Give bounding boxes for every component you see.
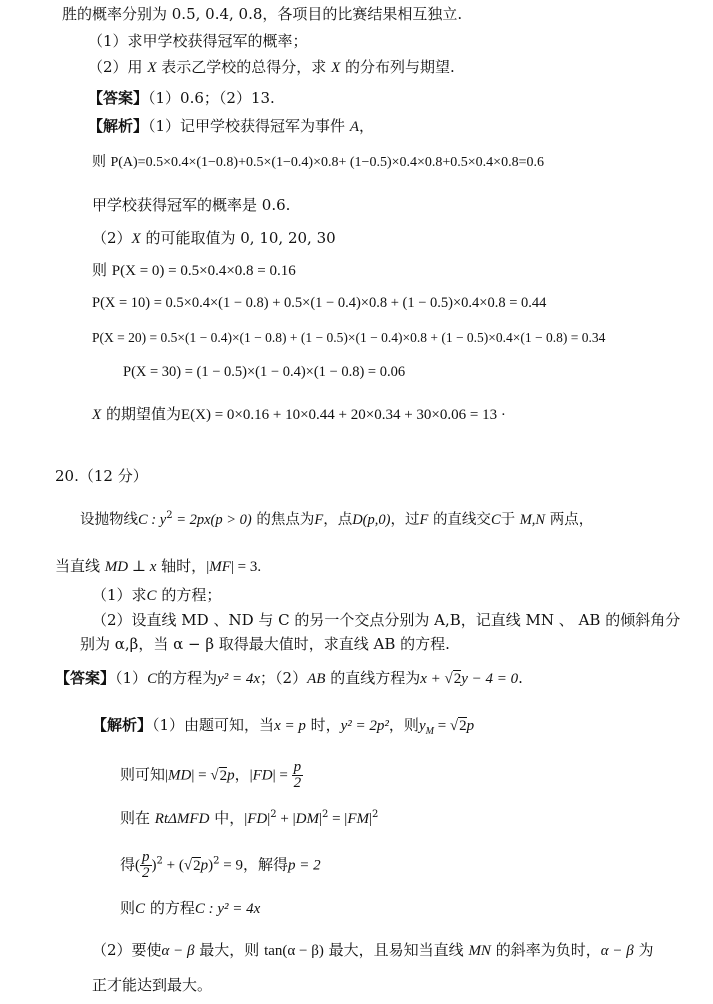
q19-p0: 则 P(X = 0) = 0.5×0.4×0.8 = 0.16 [92, 260, 296, 281]
formula: = [194, 768, 210, 784]
text: 的期望值为 [106, 405, 181, 423]
analysis-label: 【解析】 [92, 716, 152, 734]
text: 的分布列与期望. [345, 58, 455, 76]
var: C [135, 901, 145, 917]
text: 的直线交 [433, 512, 491, 528]
var: p [467, 718, 475, 734]
var: F [419, 512, 428, 528]
text: 当直线 [55, 557, 100, 575]
text: 则 [92, 154, 106, 170]
var-x: X [331, 60, 340, 76]
text: （1）由题可知，当 [152, 716, 274, 734]
text: 于 [501, 512, 516, 528]
var: MF [209, 559, 231, 575]
text: （2） [92, 229, 132, 247]
formula: α − β [162, 943, 195, 959]
text: ；（2） [260, 669, 307, 687]
q20-answer: 【答案】（1）C的方程为y² = 4x；（2）AB 的直线方程为x + √2y … [55, 668, 523, 689]
q19-p20: P(X = 20) = 0.5×(1 − 0.4)×(1 − 0.8) + (1… [92, 328, 605, 348]
text: 为 [638, 941, 653, 959]
numerator: p [140, 850, 152, 866]
var: F [314, 512, 323, 528]
answer-label: 【答案】 [55, 669, 115, 687]
var: C [491, 512, 501, 528]
formula-p20: P(X = 20) = 0.5×(1 − 0.4)×(1 − 0.8) + (1… [92, 330, 605, 345]
q20-analysis-1: 【解析】（1）由题可知，当x = p 时，y² = 2p²，则yM = √2p [92, 715, 474, 736]
q20-analysis-5: 则C 的方程C : y² = 4x [120, 898, 260, 919]
formula: C : y [138, 512, 166, 528]
text: 的方程 [150, 899, 195, 917]
formula: = [276, 768, 292, 784]
text: 则可知 [120, 766, 165, 784]
q19-expectation: X 的期望值为E(X) = 0×0.16 + 10×0.44 + 20×0.34… [92, 404, 506, 425]
radicand: 2 [219, 767, 228, 784]
text: 设抛物线 [80, 512, 138, 528]
var: AB [307, 671, 325, 687]
text: （2）用 [88, 58, 143, 76]
radicand: 2 [458, 717, 467, 734]
var: D(p,0) [352, 512, 390, 528]
q20-stem-2: 当直线 MD ⊥ x 轴时，|MF| = 3. [55, 556, 261, 577]
text: 的方程为 [157, 669, 217, 687]
formula: MD ⊥ x [105, 559, 157, 575]
text: （2）要使 [92, 941, 162, 959]
numerator: p [292, 760, 304, 776]
var-x: X [132, 231, 141, 247]
formula: RtΔMFD [155, 811, 210, 827]
var: MD [168, 768, 191, 784]
text: 的方程； [161, 586, 221, 604]
q19-analysis-1: 【解析】（1）记甲学校获得冠军为事件 A， [88, 116, 374, 137]
var: FD [253, 768, 273, 784]
formula: y [419, 718, 426, 734]
text: 中， [214, 809, 244, 827]
formula: = [434, 718, 450, 734]
text: （2）设直线 MD 、ND 与 C 的另一个交点分别为 A,B，记直线 MN 、… [92, 611, 680, 629]
formula: x = p [274, 718, 306, 734]
formula: y² = 2p² [341, 718, 389, 734]
formula: p = 2 [288, 858, 321, 874]
formula: x + [420, 671, 444, 687]
q20-number: 20.（12 分） [55, 466, 148, 486]
var: FM [347, 811, 369, 827]
formula: α − β [601, 943, 634, 959]
formula-pa: P(A)=0.5×0.4×(1−0.8)+0.5×(1−0.4)×0.8+ (1… [110, 155, 544, 170]
formula: tan(α − β) [264, 943, 324, 959]
var-x: X [92, 407, 101, 423]
answer-label: 【答案】 [88, 89, 148, 107]
q19-intro-tail: 胜的概率分别为 0.5, 0.4, 0.8，各项目的比赛结果相互独立. [62, 4, 462, 24]
var-x: X [147, 60, 156, 76]
analysis-label: 【解析】 [88, 117, 148, 135]
text: 则 [120, 899, 135, 917]
text: 最大，且易知当直线 [329, 941, 464, 959]
text: （1）求 [92, 586, 147, 604]
text: 时， [311, 716, 341, 734]
text: （1）记甲学校获得冠军为事件 [148, 117, 345, 135]
var: C [147, 588, 157, 604]
text: 的直线方程为 [330, 669, 420, 687]
text: 别为 α,β，当 α − β 取得最大值时，求直线 AB 的方程. [80, 635, 450, 653]
q20-analysis-part2-2: 正才能达到最大。 [92, 975, 212, 995]
var: DM [296, 811, 319, 827]
text: 的斜率为负时， [496, 941, 601, 959]
var: MN [468, 943, 491, 959]
sub: M [426, 726, 434, 737]
text: 轴时， [161, 557, 206, 575]
text: 两点， [550, 512, 594, 528]
sqrt: √2 [450, 717, 467, 734]
var-a: A [350, 119, 359, 135]
denominator: 2 [142, 866, 150, 881]
var: p [227, 768, 235, 784]
formula: C : y² = 4x [195, 901, 260, 917]
text: 则在 [120, 809, 150, 827]
text: 胜的概率分别为 0.5, 0.4, 0.8，各项目的比赛结果相互独立. [62, 5, 462, 23]
q20-part2-line1: （2）设直线 MD 、ND 与 C 的另一个交点分别为 A,B，记直线 MN 、… [92, 610, 680, 630]
formula-p0: P(X = 0) = 0.5×0.4×0.8 = 0.16 [112, 263, 296, 279]
q19-pa-conclusion: 甲学校获得冠军的概率是 0.6. [92, 195, 290, 215]
text: ，则 [389, 716, 419, 734]
text: 得 [120, 856, 135, 874]
q19-answer: 【答案】（1）0.6；（2）13. [88, 88, 275, 108]
formula: 9 [235, 858, 243, 874]
formula: y − 4 = 0 [461, 671, 518, 687]
sqrt: √2 [210, 767, 227, 784]
radicand: 2 [453, 670, 462, 687]
q19-part1: （1）求甲学校获得冠军的概率； [88, 31, 308, 51]
q20-analysis-3: 则在 RtΔMFD 中，|FD|2 + |DM|2 = |FM|2 [120, 808, 378, 829]
text: ，过 [390, 512, 419, 528]
formula: = 3. [234, 559, 261, 575]
q20-part1: （1）求C 的方程； [92, 585, 221, 606]
formula: = 2px(p > 0) [173, 512, 252, 528]
formula-p30: P(X = 30) = (1 − 0.5)×(1 − 0.4)×(1 − 0.8… [123, 364, 405, 380]
q20-stem-1: 设抛物线C : y2 = 2px(p > 0) 的焦点为F，点D(p,0)，过F… [80, 510, 593, 530]
q20-analysis-2: 则可知|MD| = √2p，|FD| = p2 [120, 760, 303, 791]
answer-text: （1）0.6；（2）13. [148, 89, 275, 107]
fraction: p2 [292, 760, 304, 791]
q19-p30: P(X = 30) = (1 − 0.5)×(1 − 0.4)×(1 − 0.8… [123, 362, 405, 382]
var: M,N [520, 512, 545, 528]
text: 的焦点为 [256, 512, 314, 528]
var: C [147, 671, 157, 687]
text: （1） [115, 669, 147, 687]
fraction: p2 [140, 850, 152, 881]
formula-expectation: E(X) = 0×0.16 + 10×0.44 + 20×0.34 + 30×0… [181, 407, 506, 423]
formula-p10: P(X = 10) = 0.5×0.4×(1 − 0.8) + 0.5×(1 −… [92, 295, 546, 311]
sqrt: √2 [444, 670, 461, 687]
q19-pa: 则 P(A)=0.5×0.4×(1−0.8)+0.5×(1−0.4)×0.8+ … [92, 152, 544, 173]
q20-analysis-part2-1: （2）要使α − β 最大，则 tan(α − β) 最大，且易知当直线 MN … [92, 940, 654, 961]
text: 表示乙学校的总得分，求 [161, 58, 326, 76]
text: 最大，则 [199, 941, 259, 959]
q19-p10: P(X = 10) = 0.5×0.4×(1 − 0.8) + 0.5×(1 −… [92, 293, 546, 313]
question-number: 20.（12 分） [55, 467, 148, 485]
denominator: 2 [294, 776, 302, 791]
text: 正才能达到最大。 [92, 976, 212, 994]
q19-x-values: （2）X 的可能取值为 0, 10, 20, 30 [92, 228, 336, 249]
text: ， [359, 117, 374, 135]
text: 的可能取值为 0, 10, 20, 30 [146, 229, 336, 247]
q19-part2: （2）用 X 表示乙学校的总得分，求 X 的分布列与期望. [88, 57, 455, 78]
text: ， [235, 766, 250, 784]
text: 甲学校获得冠军的概率是 0.6. [92, 196, 290, 214]
var: FD [247, 811, 267, 827]
q20-part2-line2: 别为 α,β，当 α − β 取得最大值时，求直线 AB 的方程. [80, 634, 450, 654]
text: （1）求甲学校获得冠军的概率； [88, 32, 308, 50]
q20-analysis-4: 得(p2)2 + (√2p)2 = 9，解得p = 2 [120, 850, 321, 881]
formula: y² = 4x [217, 671, 260, 687]
text: 则 [92, 261, 107, 279]
text: ，点 [323, 512, 352, 528]
text: ，解得 [243, 856, 288, 874]
text: . [518, 669, 523, 687]
